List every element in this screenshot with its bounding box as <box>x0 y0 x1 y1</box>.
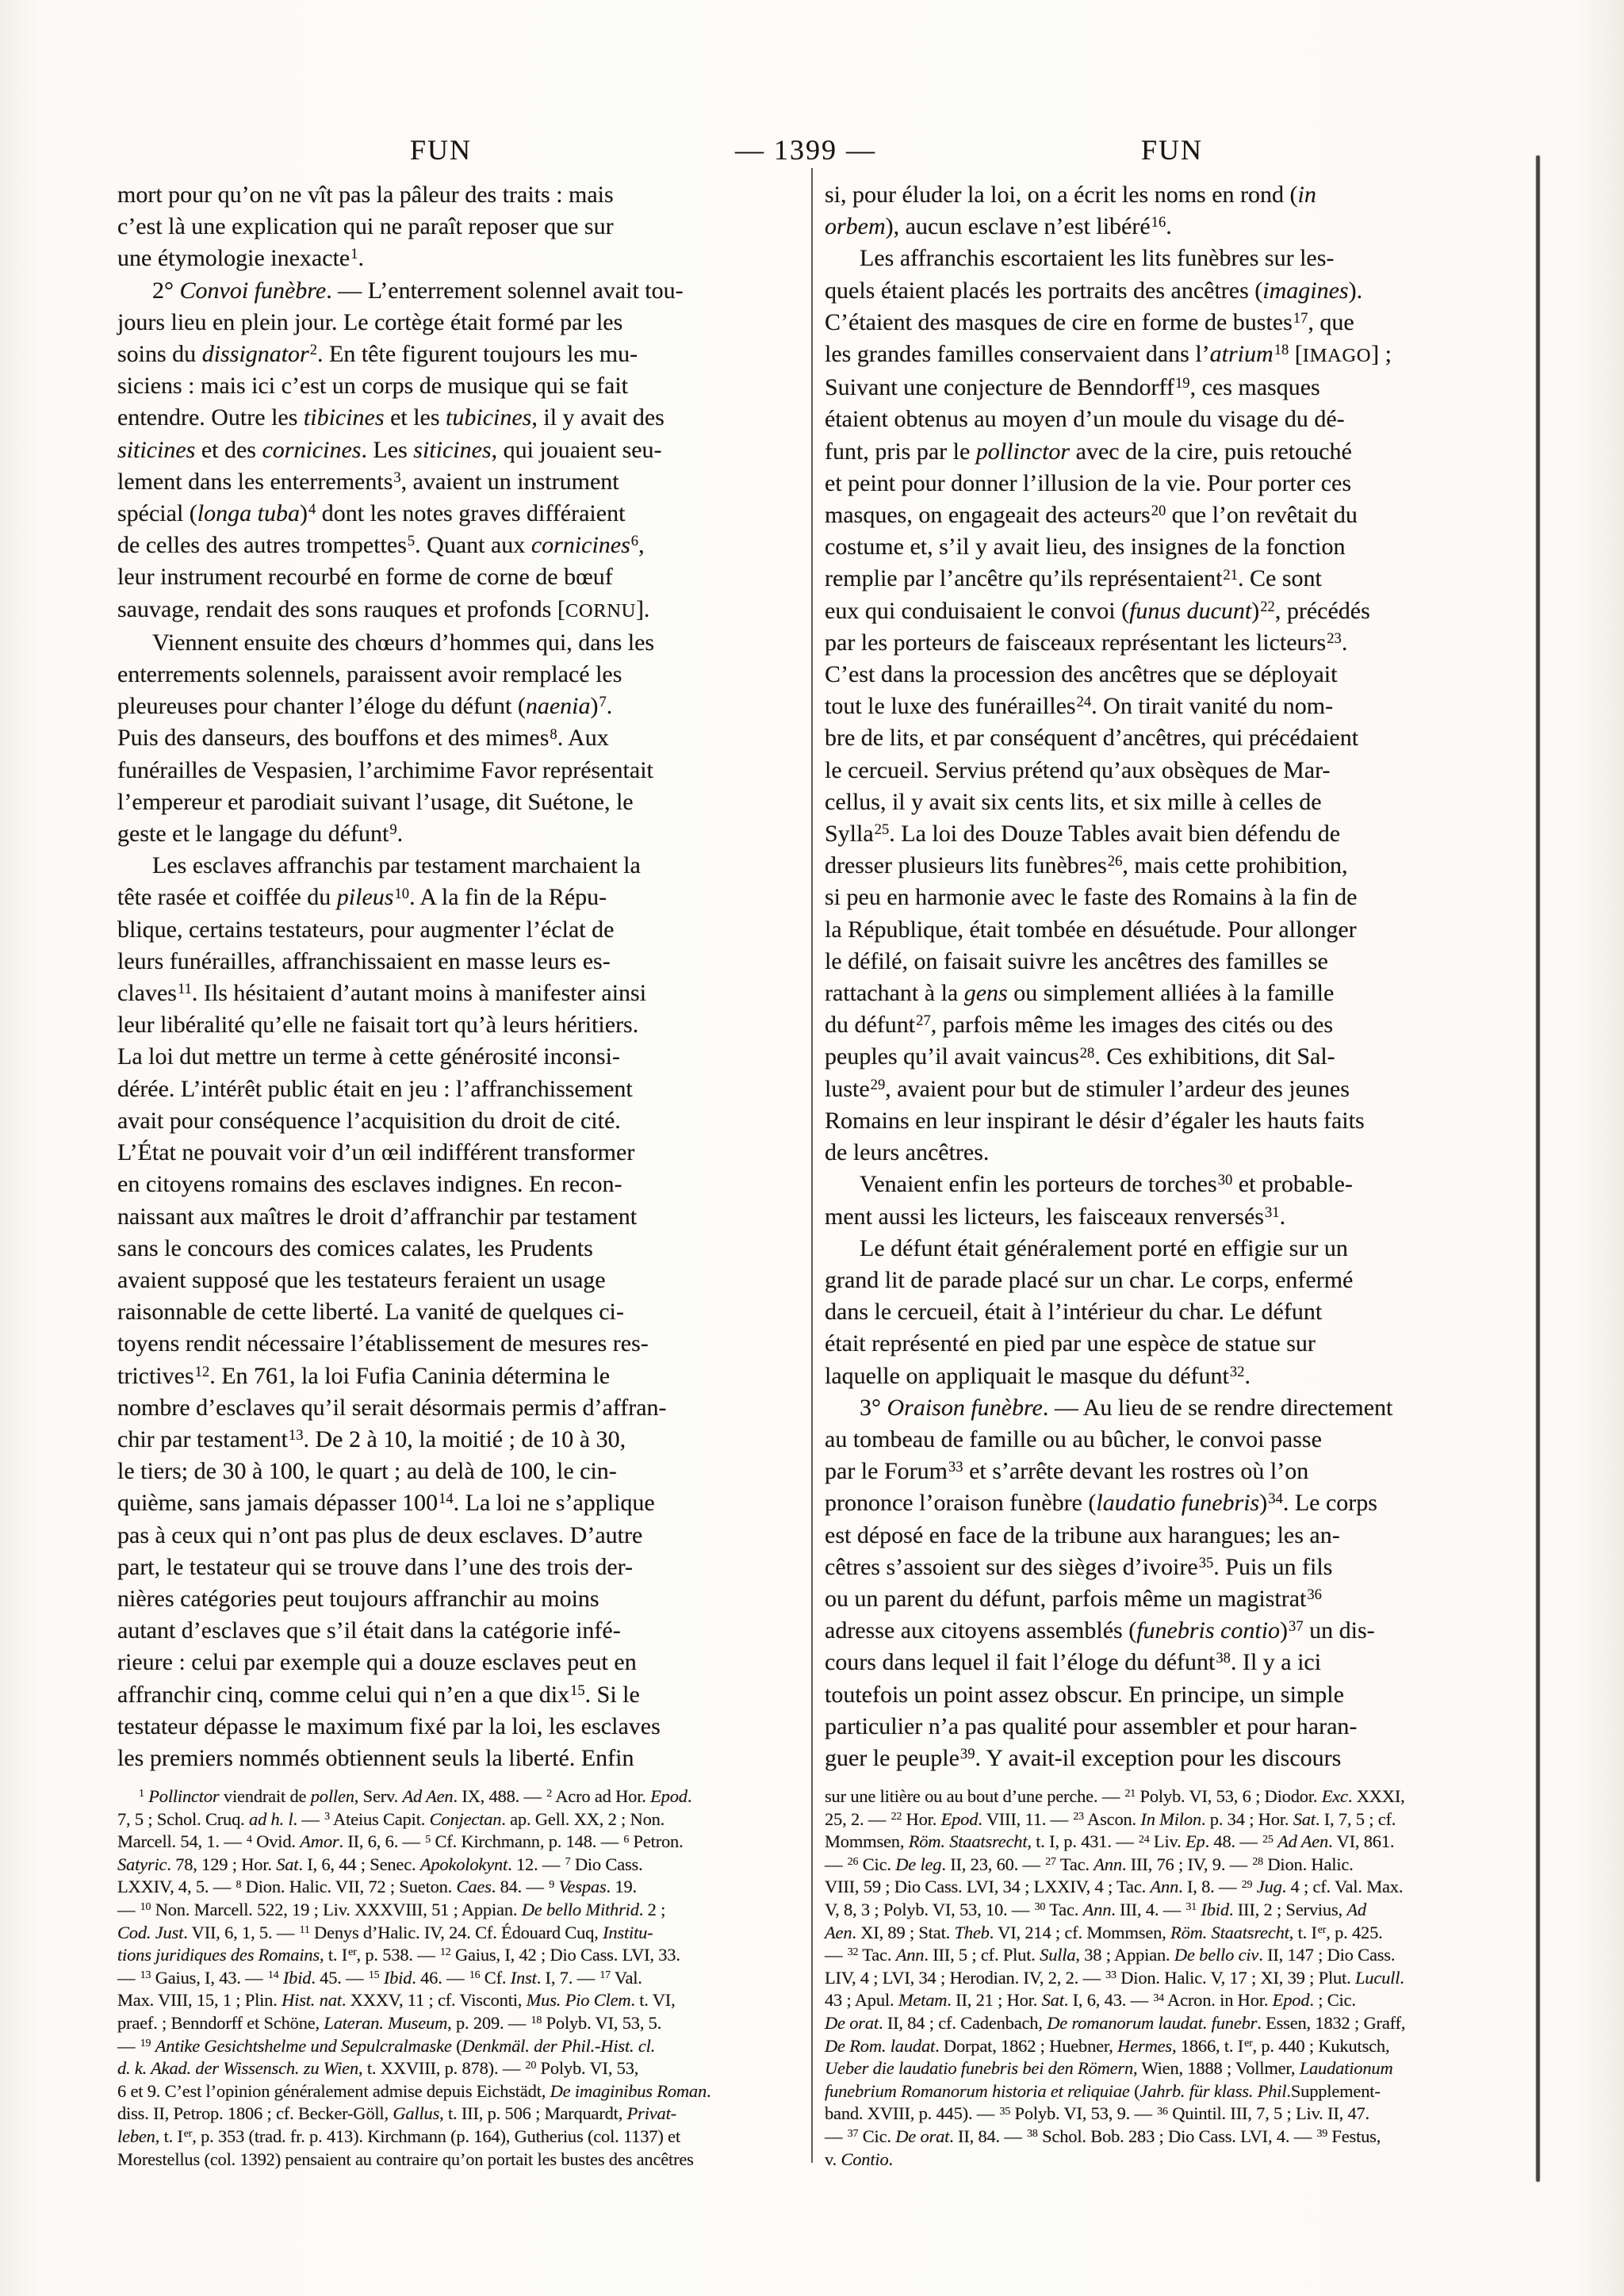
text-line: funérailles de Vespasien, l’archimime Fa… <box>117 755 799 786</box>
text-line: mort pour qu’on ne vît pas la pâleur des… <box>117 179 799 211</box>
text-line: funt, pris par le pollinctor avec de la … <box>825 436 1511 468</box>
text-line: nières catégories peut toujours affranch… <box>117 1583 799 1615</box>
text-line: de celles des autres trompettes5. Quant … <box>117 530 799 561</box>
text-line: d. k. Akad. der Wissensch. zu Wien, t. X… <box>117 2057 799 2080</box>
text-line: cours dans lequel il fait l’éloge du déf… <box>825 1647 1511 1678</box>
page-edge-scan-line <box>1536 155 1540 2182</box>
text-line: tête rasée et coiffée du pileus10. A la … <box>117 882 799 913</box>
text-line: leur libéralité qu’elle ne faisait tort … <box>117 1009 799 1041</box>
text-line: est déposé en face de la tribune aux har… <box>825 1520 1511 1552</box>
text-line: blique, certains testateurs, pour augmen… <box>117 914 799 946</box>
text-line: Puis des danseurs, des bouffons et des m… <box>117 722 799 754</box>
text-line: pleureuses pour chanter l’éloge du défun… <box>117 691 799 722</box>
text-line: rieure : celui par exemple qui a douze e… <box>117 1647 799 1678</box>
text-line: Mommsen, Röm. Staatsrecht, t. I, p. 431.… <box>825 1831 1511 1854</box>
text-line: C’est dans la procession des ancêtres qu… <box>825 659 1511 691</box>
text-line: Max. VIII, 15, 1 ; Plin. Hist. nat. XXXV… <box>117 1989 799 2012</box>
text-line: 3° Oraison funèbre. — Au lieu de se rend… <box>825 1392 1511 1424</box>
text-line: 6 et 9. C’est l’opinion généralement adm… <box>117 2080 799 2103</box>
text-line: L’État ne pouvait voir d’un œil indiffér… <box>117 1137 799 1169</box>
text-line: bre de lits, et par conséquent d’ancêtre… <box>825 722 1511 754</box>
text-line: luste29, avaient pour but de stimuler l’… <box>825 1073 1511 1105</box>
text-line: 43 ; Apul. Metam. II, 21 ; Hor. Sat. I, … <box>825 1989 1511 2012</box>
text-line: particulier n’a pas qualité pour assembl… <box>825 1711 1511 1743</box>
text-line: grand lit de parade placé sur un char. L… <box>825 1265 1511 1296</box>
text-line: Viennent ensuite des chœurs d’hommes qui… <box>117 627 799 659</box>
text-line: sur une litière ou au bout d’une perche.… <box>825 1785 1511 1808</box>
text-line: une étymologie inexacte1. <box>117 243 799 274</box>
text-line: — 26 Cic. De leg. II, 23, 60. — 27 Tac. … <box>825 1854 1511 1877</box>
text-line: sauvage, rendait des sons rauques et pro… <box>117 594 799 627</box>
text-line: toutefois un point assez obscur. En prin… <box>825 1679 1511 1711</box>
text-line: — 32 Tac. Ann. III, 5 ; cf. Plut. Sulla,… <box>825 1944 1511 1967</box>
text-line: de leurs ancêtres. <box>825 1137 1511 1169</box>
text-line: masques, on engageait des acteurs20 que … <box>825 499 1511 531</box>
text-line: spécial (longa tuba)4 dont les notes gra… <box>117 498 799 530</box>
running-title-right: FUN <box>1141 133 1203 166</box>
text-line: raisonnable de cette liberté. La vanité … <box>117 1296 799 1328</box>
text-line: au tombeau de famille ou au bûcher, le c… <box>825 1424 1511 1456</box>
text-line: 1 Pollinctor viendrait de pollen, Serv. … <box>117 1785 799 1808</box>
text-line: leur instrument recourbé en forme de cor… <box>117 561 799 593</box>
text-line: affranchir cinq, comme celui qui n’en a … <box>117 1679 799 1711</box>
text-line: ou un parent du défunt, parfois même un … <box>825 1583 1511 1615</box>
text-line: en citoyens romains des esclaves indigne… <box>117 1169 799 1200</box>
text-line: soins du dissignator2. En tête figurent … <box>117 339 799 370</box>
text-line: lement dans les enterrements3, avaient u… <box>117 466 799 498</box>
text-line: laquelle on appliquait le masque du défu… <box>825 1360 1511 1392</box>
text-line: toyens rendit nécessaire l’établissement… <box>117 1328 799 1360</box>
right-column-footnotes: sur une litière ou au bout d’une perche.… <box>825 1785 1511 2171</box>
text-line: Aen. XI, 89 ; Stat. Theb. VI, 214 ; cf. … <box>825 1922 1511 1945</box>
text-line: par le Forum33 et s’arrête devant les ro… <box>825 1456 1511 1487</box>
text-line: C’étaient des masques de cire en forme d… <box>825 307 1511 339</box>
running-head: FUN — 1399 — FUN <box>0 133 1624 170</box>
text-line: peuples qu’il avait vaincus28. Ces exhib… <box>825 1041 1511 1073</box>
text-line: siciens : mais ici c’est un corps de mus… <box>117 370 799 402</box>
text-line: chir par testament13. De 2 à 10, la moit… <box>117 1424 799 1456</box>
text-line: pas à ceux qui n’ont pas plus de deux es… <box>117 1520 799 1552</box>
text-line: cellus, il y avait six cents lits, et si… <box>825 786 1511 818</box>
text-line: les grandes familles conservaient dans l… <box>825 339 1511 372</box>
page-number: — 1399 — <box>735 133 876 166</box>
text-line: et peint pour donner l’illusion de la vi… <box>825 468 1511 499</box>
text-line: v. Contio. <box>825 2149 1511 2172</box>
text-line: c’est là une explication qui ne paraît r… <box>117 211 799 243</box>
text-line: si, pour éluder la loi, on a écrit les n… <box>825 179 1511 211</box>
text-line: le défilé, on faisait suivre les ancêtre… <box>825 946 1511 978</box>
text-line: dans le cercueil, était à l’intérieur du… <box>825 1296 1511 1328</box>
text-line: — 37 Cic. De orat. II, 84. — 38 Schol. B… <box>825 2126 1511 2149</box>
text-line: LIV, 4 ; LVI, 34 ; Herodian. IV, 2, 2. —… <box>825 1967 1511 1990</box>
text-line: orbem), aucun esclave n’est libéré16. <box>825 211 1511 243</box>
left-column-body: mort pour qu’on ne vît pas la pâleur des… <box>117 179 799 1774</box>
text-line: tout le luxe des funérailles24. On tirai… <box>825 691 1511 722</box>
text-line: trictives12. En 761, la loi Fufia Canini… <box>117 1360 799 1392</box>
right-column-body: si, pour éluder la loi, on a écrit les n… <box>825 179 1511 1774</box>
text-line: Romains en leur inspirant le désir d’éga… <box>825 1105 1511 1137</box>
text-line: avait pour conséquence l’acquisition du … <box>117 1105 799 1137</box>
text-line: costume et, s’il y avait lieu, des insig… <box>825 531 1511 563</box>
text-line: cêtres s’assoient sur des sièges d’ivoir… <box>825 1552 1511 1583</box>
text-line: jours lieu en plein jour. Le cortège éta… <box>117 307 799 339</box>
text-line: 7, 5 ; Schol. Cruq. ad h. l. — 3 Ateius … <box>117 1808 799 1831</box>
text-line: le tiers; de 30 à 100, le quart ; au del… <box>117 1456 799 1487</box>
text-line: dérée. L’intérêt public était en jeu : l… <box>117 1073 799 1105</box>
text-line: Morestellus (col. 1392) pensaient au con… <box>117 2149 799 2172</box>
text-line: sans le concours des comices calates, le… <box>117 1233 799 1265</box>
text-line: geste et le langage du défunt9. <box>117 818 799 850</box>
text-line: funebrium Romanorum historia et reliquia… <box>825 2080 1511 2103</box>
text-line: Satyric. 78, 129 ; Hor. Sat. I, 6, 44 ; … <box>117 1854 799 1877</box>
text-line: la République, était tombée en désuétude… <box>825 914 1511 946</box>
text-line: Les affranchis escortaient les lits funè… <box>825 243 1511 274</box>
text-line: prononce l’oraison funèbre (laudatio fun… <box>825 1487 1511 1519</box>
text-line: part, le testateur qui se trouve dans l’… <box>117 1552 799 1583</box>
text-line: eux qui conduisaient le convoi (funus du… <box>825 595 1511 627</box>
text-line: De orat. II, 84 ; cf. Cadenbach, De roma… <box>825 2012 1511 2035</box>
text-line: rattachant à la gens ou simplement allié… <box>825 978 1511 1009</box>
text-line: 25, 2. — 22 Hor. Epod. VIII, 11. — 23 As… <box>825 1808 1511 1831</box>
text-line: De Rom. laudat. Dorpat, 1862 ; Huebner, … <box>825 2035 1511 2058</box>
text-line: nombre d’esclaves qu’il serait désormais… <box>117 1392 799 1424</box>
text-line: Suivant une conjecture de Benndorff19, c… <box>825 372 1511 404</box>
text-line: diss. II, Petrop. 1806 ; cf. Becker-Göll… <box>117 2103 799 2126</box>
text-line: si peu en harmonie avec le faste des Rom… <box>825 882 1511 913</box>
text-line: praef. ; Benndorff et Schöne, Lateran. M… <box>117 2012 799 2035</box>
text-line: claves11. Ils hésitaient d’autant moins … <box>117 978 799 1009</box>
text-line: était représenté en pied par une espèce … <box>825 1328 1511 1360</box>
text-line: V, 8, 3 ; Polyb. VI, 53, 10. — 30 Tac. A… <box>825 1899 1511 1922</box>
text-line: Les esclaves affranchis par testament ma… <box>117 850 799 882</box>
text-line: testateur dépasse le maximum fixé par la… <box>117 1711 799 1743</box>
text-line: Marcell. 54, 1. — 4 Ovid. Amor. II, 6, 6… <box>117 1831 799 1854</box>
text-line: VIII, 59 ; Dio Cass. LVI, 34 ; LXXIV, 4 … <box>825 1876 1511 1899</box>
text-line: le cercueil. Servius prétend qu’aux obsè… <box>825 755 1511 786</box>
text-line: naissant aux maîtres le droit d’affranch… <box>117 1201 799 1233</box>
text-line: adresse aux citoyens assemblés (funebris… <box>825 1615 1511 1647</box>
text-line: ment aussi les licteurs, les faisceaux r… <box>825 1201 1511 1233</box>
text-line: entendre. Outre les tibicines et les tub… <box>117 402 799 434</box>
text-line: band. XVIII, p. 445). — 35 Polyb. VI, 53… <box>825 2103 1511 2126</box>
text-line: autant d’esclaves que s’il était dans la… <box>117 1615 799 1647</box>
text-line: leurs funérailles, affranchissaient en m… <box>117 946 799 978</box>
text-line: Le défunt était généralement porté en ef… <box>825 1233 1511 1265</box>
text-line: enterrements solennels, paraissent avoir… <box>117 659 799 691</box>
running-title-left: FUN <box>410 133 472 166</box>
text-line: avaient supposé que les testateurs ferai… <box>117 1265 799 1296</box>
text-line: l’empereur et parodiait suivant l’usage,… <box>117 786 799 818</box>
text-line: Cod. Just. VII, 6, 1, 5. — 11 Denys d’Ha… <box>117 1922 799 1945</box>
text-line: étaient obtenus au moyen d’un moule du v… <box>825 404 1511 435</box>
text-line: LXXIV, 4, 5. — 8 Dion. Halic. VII, 72 ; … <box>117 1876 799 1899</box>
text-line: — 13 Gaius, I, 43. — 14 Ibid. 45. — 15 I… <box>117 1967 799 1990</box>
text-line: Venaient enfin les porteurs de torches30… <box>825 1169 1511 1200</box>
text-line: — 10 Non. Marcell. 522, 19 ; Liv. XXXVII… <box>117 1899 799 1922</box>
left-column-footnotes: 1 Pollinctor viendrait de pollen, Serv. … <box>117 1785 799 2171</box>
text-line: du défunt27, parfois même les images des… <box>825 1009 1511 1041</box>
text-line: siticines et des cornicines. Les siticin… <box>117 434 799 466</box>
text-line: les premiers nommés obtiennent seuls la … <box>117 1743 799 1774</box>
text-line: Sylla25. La loi des Douze Tables avait b… <box>825 818 1511 850</box>
text-line: quième, sans jamais dépasser 10014. La l… <box>117 1487 799 1519</box>
text-line: tions juridiques des Romains, t. Ier, p.… <box>117 1944 799 1967</box>
text-line: La loi dut mettre un terme à cette génér… <box>117 1041 799 1073</box>
text-line: — 19 Antike Gesichtshelme und Sepulcralm… <box>117 2035 799 2058</box>
column-divider-rule <box>811 168 813 2163</box>
text-line: quels étaient placés les portraits des a… <box>825 275 1511 307</box>
scanned-dictionary-page: FUN — 1399 — FUN mort pour qu’on ne vît … <box>0 0 1624 2296</box>
text-line: guer le peuple39. Y avait-il exception p… <box>825 1743 1511 1774</box>
text-line: remplie par l’ancêtre qu’ils représentai… <box>825 563 1511 595</box>
text-line: 2° Convoi funèbre. — L’enterrement solen… <box>117 275 799 307</box>
text-line: dresser plusieurs lits funèbres26, mais … <box>825 850 1511 882</box>
text-line: Ueber die laudatio funebris bei den Röme… <box>825 2057 1511 2080</box>
text-line: leben, t. Ier, p. 353 (trad. fr. p. 413)… <box>117 2126 799 2149</box>
text-line: par les porteurs de faisceaux représenta… <box>825 627 1511 659</box>
